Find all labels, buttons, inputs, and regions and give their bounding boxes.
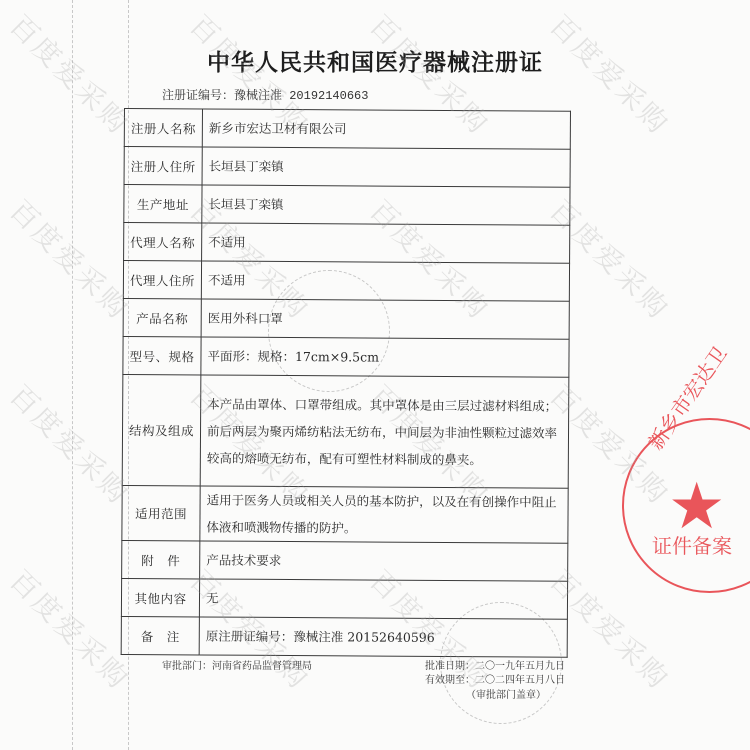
document-title: 中华人民共和国医疗器械注册证: [0, 44, 750, 77]
watermark-text: 百度爱采购: [2, 560, 140, 698]
table-row: 附 件产品技术要求: [122, 540, 568, 581]
row-label: 适用范围: [122, 485, 200, 540]
row-label: 型号、规格: [123, 336, 201, 374]
row-value: 医用外科口罩: [201, 299, 569, 339]
table-row: 其他内容无: [121, 578, 567, 619]
row-label: 结构及组成: [122, 374, 201, 485]
row-value: 长垣县丁栾镇: [202, 185, 570, 225]
valid-until: 有效期至：二〇二四年五月八日: [425, 671, 565, 686]
registration-number-label: 注册证编号：: [162, 88, 234, 102]
table-row: 产品名称医用外科口罩: [123, 298, 569, 339]
table-row: 代理人住所不适用: [123, 261, 569, 302]
approval-department: 审批部门：河南省药品监督管理局: [162, 657, 312, 672]
registration-number: 注册证编号：豫械注准 20192140663: [162, 86, 368, 103]
row-label: 注册人住所: [124, 147, 202, 185]
row-value: 长垣县丁栾镇: [202, 147, 570, 187]
row-value: 本产品由罩体、口罩带组成。其中罩体是由三层过滤材料组成；前后两层为聚丙烯纺粘法无…: [200, 375, 569, 488]
stamp-text-bottom: 证件备案: [652, 530, 732, 559]
row-label: 代理人住所: [123, 261, 201, 299]
watermark-text: 百度爱采购: [2, 190, 140, 328]
row-label: 备 注: [121, 616, 199, 654]
row-value: 不适用: [201, 261, 569, 301]
row-value: 平面形：规格：17cm×9.5cm: [201, 337, 569, 377]
table-row: 型号、规格平面形：规格：17cm×9.5cm: [123, 336, 569, 377]
watermark-text: 百度爱采购: [2, 375, 140, 513]
row-value: 新乡市宏达卫材有限公司: [202, 109, 570, 149]
table-row: 备 注原注册证编号：豫械注准 20152640596: [121, 616, 567, 657]
row-label: 产品名称: [123, 298, 201, 336]
row-value: 不适用: [202, 223, 570, 263]
row-label: 注册人名称: [124, 109, 202, 147]
row-value: 适用于医务人员或相关人员的基本防护，以及在有创操作中阻止体液和喷溅物传播的防护。: [200, 486, 568, 543]
scan-fold-line-left: [72, 0, 73, 750]
certificate-table: 注册人名称新乡市宏达卫材有限公司 注册人住所长垣县丁栾镇 生产地址长垣县丁栾镇 …: [121, 108, 571, 658]
table-row: 代理人名称不适用: [124, 223, 570, 264]
row-label: 代理人名称: [124, 223, 202, 261]
registration-number-value: 豫械注准 20192140663: [234, 89, 368, 103]
table-row: 注册人住所长垣县丁栾镇: [124, 147, 570, 188]
row-label: 附 件: [122, 540, 200, 578]
row-value: 无: [199, 579, 567, 619]
row-label: 生产地址: [124, 185, 202, 223]
approval-date: 批准日期：二〇一九年五月九日: [425, 657, 565, 672]
row-value: 原注册证编号：豫械注准 20152640596: [199, 617, 567, 657]
table-row: 注册人名称新乡市宏达卫材有限公司: [124, 109, 570, 150]
table-row: 适用范围适用于医务人员或相关人员的基本防护，以及在有创操作中阻止体液和喷溅物传播…: [122, 485, 568, 543]
row-value: 产品技术要求: [200, 541, 568, 581]
table-row: 结构及组成本产品由罩体、口罩带组成。其中罩体是由三层过滤材料组成；前后两层为聚丙…: [122, 374, 569, 488]
seal-note: （审批部门盖章）: [466, 686, 546, 701]
table-row: 生产地址长垣县丁栾镇: [124, 185, 570, 226]
row-label: 其他内容: [121, 578, 199, 616]
